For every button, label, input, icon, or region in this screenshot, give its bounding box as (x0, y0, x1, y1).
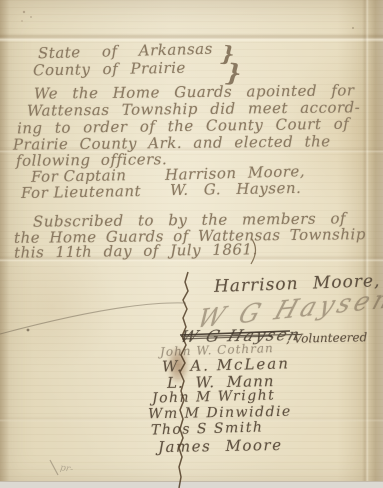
pencil-note: pr- (59, 463, 73, 475)
document-scan: State of Arkansas } County of Prairie } … (0, 0, 383, 488)
fold-crease-right (362, 0, 369, 488)
ink-speck (27, 329, 30, 332)
scan-edge-strip (0, 481, 383, 488)
officer-role-lieutenant: For Lieutenant (21, 182, 141, 202)
pencil-speck (352, 27, 354, 29)
volunteered-annotation: , Volunteered (286, 330, 367, 345)
subscription-date-line: this 11th day of July 1861. (14, 240, 258, 261)
pencil-stroke (0, 303, 186, 334)
signature-james-moore: James Moore (158, 436, 283, 456)
heading-county: County of Prairie (33, 59, 186, 80)
ink-speck (23, 11, 25, 13)
ink-speck (30, 16, 32, 18)
officer-name-lieutenant: W. G. Haysen. (170, 179, 302, 199)
pencil-tick (50, 460, 58, 475)
signature-dinwiddie: Wm M Dinwiddie (148, 404, 292, 423)
ink-speck (21, 20, 23, 22)
